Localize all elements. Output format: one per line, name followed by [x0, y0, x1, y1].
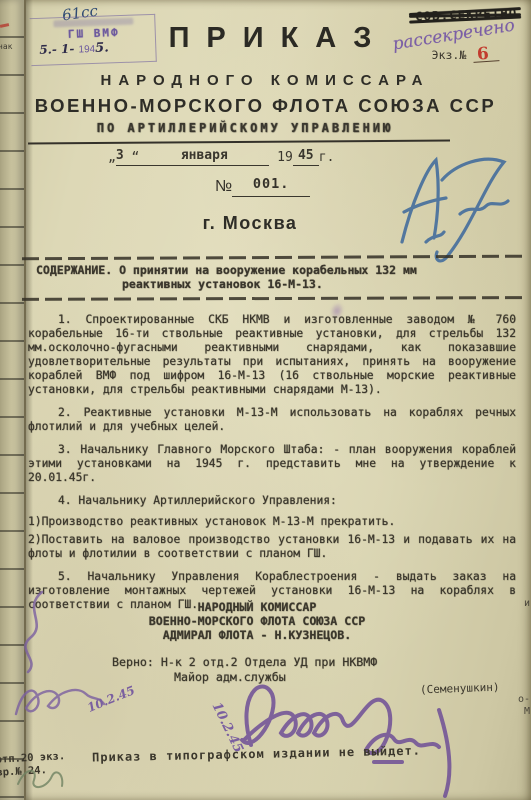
paragraph-4-sub2: 2)Поставить на валовое производство уста… — [28, 533, 516, 561]
margin-scribble-upper — [12, 588, 57, 676]
subject-line2: реактивных установок 16-М-13. — [36, 277, 506, 291]
paragraph-1: 1. Спроектированные СКБ НКМВ и изготовле… — [28, 313, 516, 397]
year-prefix: 19 — [277, 150, 293, 165]
dashed-rule-bottom — [22, 296, 522, 300]
date-month: января — [181, 148, 228, 163]
stamp-date-hand: 5.- 1- — [39, 42, 74, 57]
edge-bleed-top: и — [524, 598, 530, 610]
number-value: 001. — [253, 176, 290, 192]
red-pen-mark — [0, 23, 9, 28]
stamp-date-print: 194 — [78, 44, 95, 56]
subject-line1: СОДЕРЖАНИЕ. О принятии на вооружение кор… — [36, 263, 417, 277]
date-day: 3 — [116, 148, 124, 163]
signer-name: АДМИРАЛ ФЛОТА - Н.КУЗНЕЦОВ. — [92, 628, 422, 642]
green-scribble — [12, 760, 68, 796]
edge-bleed-mid: о- — [518, 694, 530, 706]
signature-block: НАРОДНЫЙ КОМИССАР ВОЕННО-МОРСКОГО ФЛОТА … — [92, 600, 422, 642]
under-page-text: нак — [0, 42, 12, 51]
paragraph-2: 2. Реактивные установки М-13-М использов… — [28, 406, 516, 434]
horizontal-rule — [28, 140, 450, 145]
year-suffix: г. — [319, 150, 335, 165]
paragraph-3: 3. Начальнику Главного Морского Штаба: -… — [28, 443, 516, 485]
order-body: 1. Спроектированные СКБ НКМВ и изготовле… — [28, 313, 516, 621]
signer-title-1: НАРОДНЫЙ КОМИССАР — [92, 600, 422, 614]
quote-close: “ — [131, 150, 139, 165]
quote-open: „ — [108, 150, 116, 165]
scanned-order-document: нак 61сс ГШ ВМФ 5.- 1- 1945. СОВ.СЕКРЕТН… — [0, 0, 531, 800]
paragraph-4: 4. Начальнику Артиллерийского Управления… — [28, 494, 516, 508]
number-label: № — [215, 178, 232, 195]
edge-bleed-bottom: М — [524, 706, 530, 718]
handwritten-signature — [196, 650, 496, 798]
order-subtitle-navy: ВОЕННО-МОРСКОГО ФЛОТА СОЮЗА ССР — [12, 95, 519, 117]
date-year: 45 — [298, 148, 314, 163]
order-number-line: №001. — [215, 178, 310, 197]
copy-label: Экз.№ — [432, 48, 467, 62]
subject-block: СОДЕРЖАНИЕ. О принятии на вооружение кор… — [36, 263, 506, 292]
department-line: ПО АРТИЛЛЕРИЙСКОМУ УПРАВЛЕНИЮ — [25, 121, 465, 135]
paragraph-4-sub1: 1)Производство реактивных установок М-13… — [28, 515, 516, 529]
signer-title-2: ВОЕННО-МОРСКОГО ФЛОТА СОЮЗА ССР — [92, 614, 422, 628]
order-subtitle-commissar: НАРОДНОГО КОМИССАРА — [30, 72, 500, 89]
order-title: ПРИКАЗ — [105, 22, 435, 55]
copy-number-red: 6 — [473, 46, 500, 63]
city-line: г. Москва — [150, 213, 350, 234]
date-line: „3 “января 1945г. — [108, 150, 334, 166]
